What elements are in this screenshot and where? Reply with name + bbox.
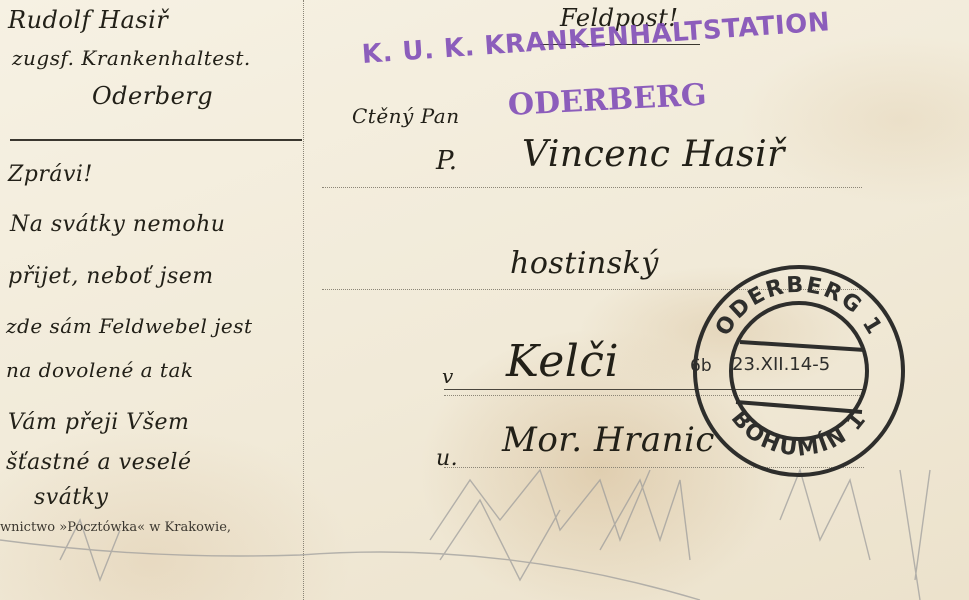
sender-divider [10, 139, 302, 141]
place-prefix: v [442, 364, 454, 388]
recipient-salutation: Ctěný Pan [352, 104, 460, 128]
message-greeting: Zprávi! [8, 162, 93, 187]
message-line: přijet, neboť jsem [8, 264, 214, 289]
message-line: Vám přeji Všem [8, 410, 189, 435]
sender-name: Rudolf Hasiř [8, 6, 168, 34]
message-line: na dovolené a tak [6, 358, 194, 382]
sender-unit: zugsf. Krankenhaltest. [12, 46, 251, 70]
recipient-district: Mor. Hranic [502, 420, 715, 460]
center-divider [303, 0, 304, 600]
recipient-name-prefix: P. [436, 146, 458, 176]
svg-text:ODERBERG 1: ODERBERG 1 [711, 273, 887, 341]
postmark-code: 6b [690, 356, 712, 376]
sender-location: Oderberg [92, 82, 213, 110]
message-line: svátky [34, 485, 108, 510]
postmark-date: 23.XII.14-5 [732, 354, 830, 375]
postcard-back: Rudolf Hasiř zugsf. Krankenhaltest. Oder… [0, 0, 969, 600]
recipient-place: Kelči [506, 336, 619, 387]
message-line: šťastné a veselé [6, 450, 191, 475]
message-line: zde sám Feldwebel jest [6, 314, 253, 338]
recipient-name: Vincenc Hasiř [522, 134, 785, 175]
address-line-1 [322, 187, 862, 188]
publisher-imprint: wnictwo »Pocztówka« w Krakowie, [0, 520, 231, 535]
svg-text:BOHUMÍN 1: BOHUMÍN 1 [726, 406, 872, 462]
recipient-occupation: hostinský [510, 246, 659, 281]
message-line: Na svátky nemohu [10, 212, 225, 237]
